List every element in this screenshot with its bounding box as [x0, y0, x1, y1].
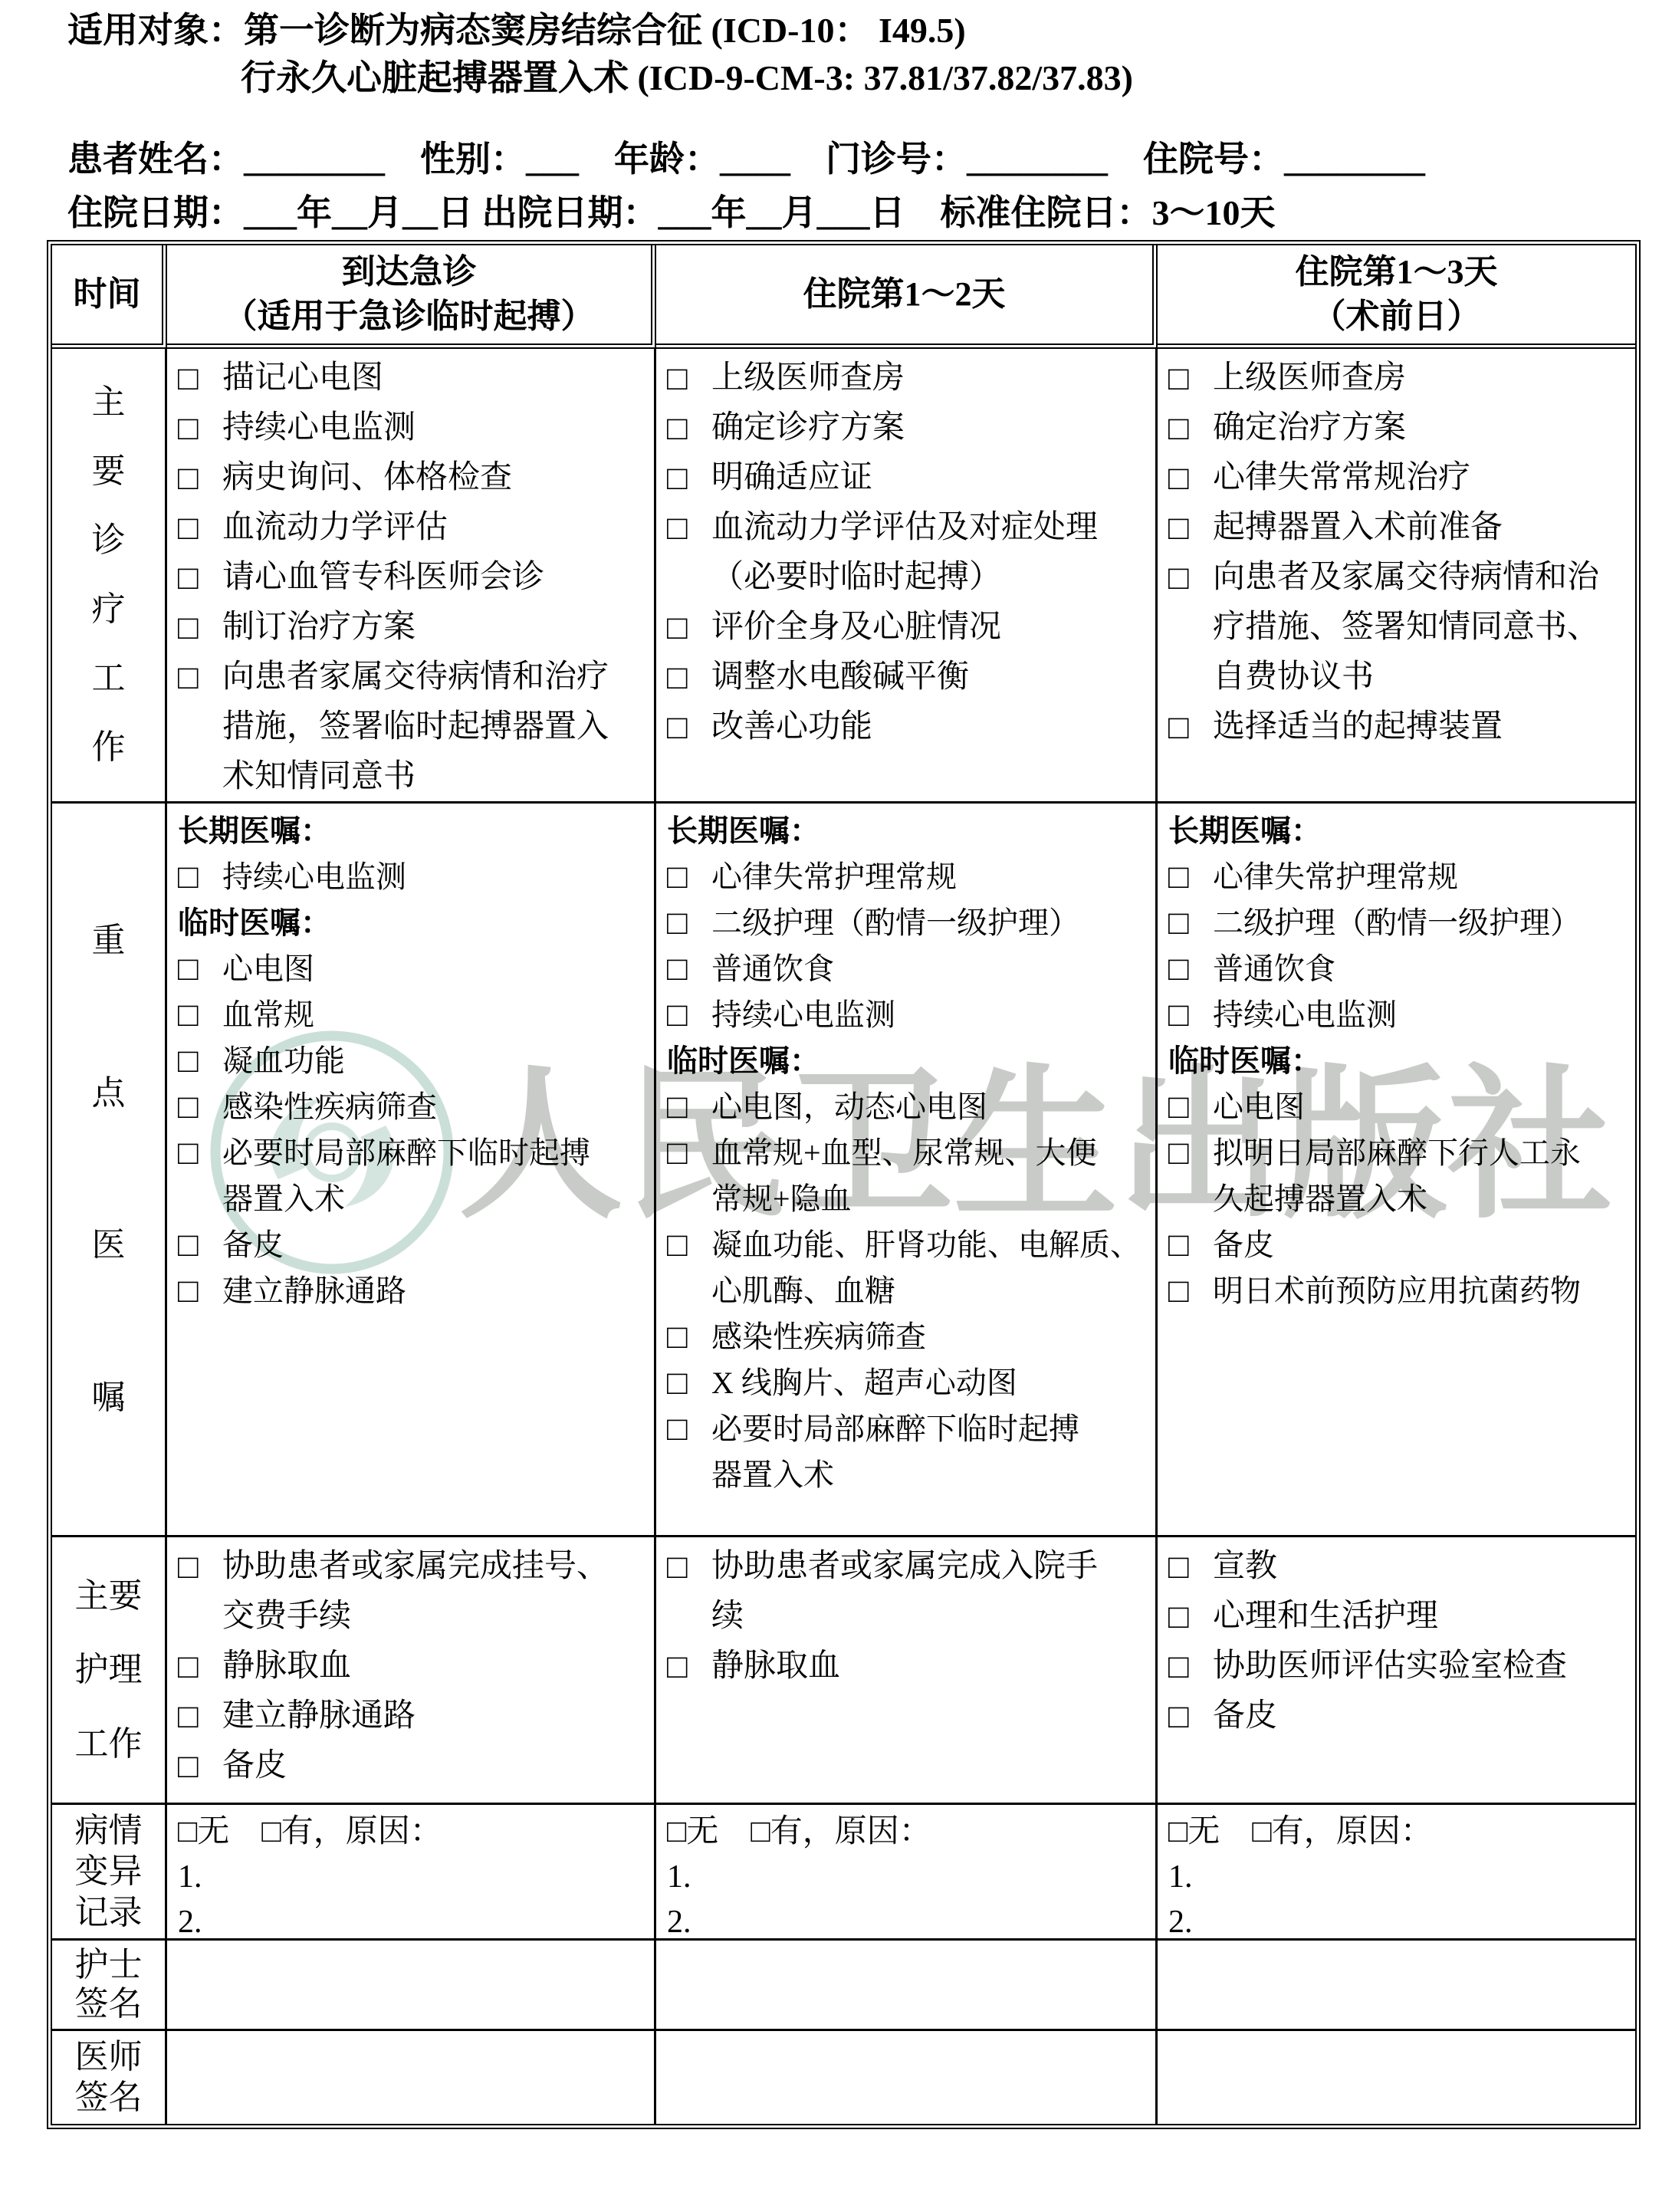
checklist-item: □感染性疾病筛查	[667, 1314, 1149, 1360]
checklist-item: □选择适当的起搏装置	[1168, 702, 1629, 752]
checklist-item: □备皮	[178, 1222, 648, 1268]
row-label-diagnosis-work: 主要诊疗工作	[52, 349, 167, 804]
procedure-line: 行永久心脏起搏器置入术 (ICD-9-CM-3: 37.81/37.82/37.…	[241, 58, 1133, 98]
checkbox-icon: □	[178, 1741, 222, 1791]
checkbox-icon: □	[178, 603, 222, 652]
checklist-item-text: 持续心电监测	[711, 992, 895, 1038]
checkbox-icon: □	[178, 353, 222, 403]
checklist-item: □确定诊疗方案	[667, 403, 1149, 453]
checklist-item-text: X 线胸片、超声心动图	[711, 1360, 1017, 1406]
checkbox-icon: □	[667, 1360, 711, 1406]
cell-nursing-day1-3: □宣教□心理和生活护理□协助医师评估实验室检查□备皮	[1158, 1537, 1635, 1805]
checklist-item-text: 上级医师查房	[711, 353, 905, 403]
checklist-item-text: 心律失常常规治疗	[1213, 453, 1470, 503]
checkbox-icon: □	[667, 900, 711, 946]
checkbox-icon: □	[667, 992, 711, 1038]
checklist-item: □向患者家属交待病情和治疗 措施，签署临时起搏器置入 术知情同意书	[178, 652, 648, 802]
checklist-item: □建立静脉通路	[178, 1691, 648, 1741]
cell-variation-day1-3: □无 □有，原因：1.2.	[1158, 1805, 1635, 1941]
checklist-item-text: 心电图	[222, 946, 314, 992]
checkbox-icon: □	[1168, 1130, 1213, 1176]
checklist-item: □持续心电监测	[667, 992, 1149, 1038]
text-line: 1.	[667, 1855, 1149, 1900]
checklist-item-text: 心理和生活护理	[1213, 1592, 1438, 1642]
checklist-item-text: 血常规+血型、尿常规、大便 常规+隐血	[711, 1130, 1097, 1222]
row-label-line: 嘱	[92, 1379, 126, 1416]
row-label-line: 护理	[75, 1652, 143, 1688]
checkbox-icon: □	[667, 503, 711, 553]
checkbox-icon: □	[178, 403, 222, 453]
checklist-item-text: 静脉取血	[222, 1642, 351, 1691]
cell-diagnosis-emergency: □描记心电图□持续心电监测□病史询问、体格检查□血流动力学评估□请心血管专科医师…	[167, 349, 656, 804]
text-line: 2.	[667, 1900, 1149, 1941]
applicable-subject-line: 适用对象：第一诊断为病态窦房结综合征 (ICD-10： I49.5)	[67, 11, 966, 51]
cell-orders-day1-3: 长期医嘱：□心律失常护理常规□二级护理（酌情一级护理）□普通饮食□持续心电监测临…	[1158, 804, 1635, 1537]
checkbox-icon: □	[1168, 854, 1213, 900]
checklist-item-text: 二级护理（酌情一级护理）	[1213, 900, 1581, 946]
checklist-item-text: 明确适应证	[711, 453, 872, 503]
text-line: 2.	[1168, 1900, 1629, 1941]
checklist-item: □持续心电监测	[178, 854, 648, 900]
checkbox-icon: □	[1168, 453, 1213, 503]
checklist-item: □凝血功能	[178, 1038, 648, 1084]
checklist-item: □备皮	[178, 1741, 648, 1791]
row-label-line: 点	[92, 1075, 126, 1112]
checklist-item-text: 备皮	[222, 1222, 284, 1268]
checklist-item: □心电图	[1168, 1084, 1629, 1130]
checklist-item-text: 评价全身及心脏情况	[711, 603, 1001, 652]
checklist-item-text: 制订治疗方案	[222, 603, 416, 652]
checklist-item-text: 明日术前预防应用抗菌药物	[1213, 1268, 1581, 1314]
checklist-item: □制订治疗方案	[178, 603, 648, 652]
checklist-item-text: 凝血功能、肝肾功能、电解质、 心肌酶、血糖	[711, 1222, 1141, 1314]
row-label-line: 疗	[92, 591, 126, 628]
row-label-nursing-work: 主要护理工作	[52, 1537, 167, 1805]
checklist-item-text: 普通饮食	[711, 946, 834, 992]
text-line: 1.	[178, 1855, 648, 1900]
checklist-item: □心律失常常规治疗	[1168, 453, 1629, 503]
checklist-item-text: 感染性疾病筛查	[711, 1314, 926, 1360]
checkbox-icon: □	[1168, 1222, 1213, 1268]
cell-nursing-day1-2: □协助患者或家属完成入院手 续□静脉取血	[656, 1537, 1158, 1805]
checklist-item-text: 血流动力学评估及对症处理 （必要时临时起搏）	[711, 503, 1098, 603]
checkbox-icon: □	[1168, 1642, 1213, 1691]
hospital-date-line: 住院日期：___年__月__日 出院日期：___年__月___日 标准住院日：3…	[67, 193, 1276, 233]
orders-heading: 临时医嘱：	[1168, 1038, 1629, 1084]
checkbox-icon: □	[178, 1542, 222, 1592]
checkbox-icon: □	[667, 1542, 711, 1592]
cell-nurse-signature-day1-2	[656, 1941, 1158, 2031]
checkbox-icon: □	[178, 1691, 222, 1741]
checkbox-icon: □	[178, 992, 222, 1038]
row-label-line: 工作	[75, 1726, 143, 1763]
orders-heading: 长期医嘱：	[1168, 808, 1629, 854]
row-label-line: 病情	[75, 1813, 143, 1849]
checklist-item: □普通饮食	[667, 946, 1149, 992]
checklist-item: □起搏器置入术前准备	[1168, 503, 1629, 553]
checkbox-icon: □	[178, 1038, 222, 1084]
text-line: 2.	[178, 1900, 648, 1941]
checklist-item-text: 心电图，动态心电图	[711, 1084, 987, 1130]
checklist-item: □心电图，动态心电图	[667, 1084, 1149, 1130]
cell-doctor-signature-day1-3	[1158, 2031, 1635, 2124]
checklist-item: □备皮	[1168, 1222, 1629, 1268]
checkbox-icon: □	[667, 403, 711, 453]
row-label-line: 主	[92, 384, 126, 421]
row-label-line: 变异	[75, 1853, 143, 1890]
checkbox-icon: □	[667, 652, 711, 702]
checklist-item-text: 协助患者或家属完成挂号、 交费手续	[222, 1542, 609, 1642]
checklist-item: □确定治疗方案	[1168, 403, 1629, 453]
checklist-item-text: 建立静脉通路	[222, 1268, 406, 1314]
checklist-item-text: 上级医师查房	[1213, 353, 1406, 403]
document-page: 人民卫生出版社 适用对象：第一诊断为病态窦房结综合征 (ICD-10： I49.…	[0, 0, 1672, 2212]
checklist-item-text: 备皮	[1213, 1691, 1277, 1741]
checkbox-icon: □	[178, 652, 222, 702]
checklist-item: □静脉取血	[667, 1642, 1149, 1691]
cell-orders-emergency: 长期医嘱：□持续心电监测临时医嘱：□心电图□血常规□凝血功能□感染性疾病筛查□必…	[167, 804, 656, 1537]
checklist-item-text: 拟明日局部麻醉下行人工永 久起搏器置入术	[1213, 1130, 1581, 1222]
checklist-item-text: 调整水电酸碱平衡	[711, 652, 969, 702]
checklist-item-text: 协助医师评估实验室检查	[1213, 1642, 1567, 1691]
checkbox-icon: □	[667, 1130, 711, 1176]
orders-heading: 长期医嘱：	[667, 808, 1149, 854]
checklist-item-text: 必要时局部麻醉下临时起搏 器置入术	[222, 1130, 590, 1222]
checkbox-icon: □	[1168, 503, 1213, 553]
checklist-item: □协助医师评估实验室检查	[1168, 1642, 1629, 1691]
checkbox-icon: □	[1168, 1542, 1213, 1592]
checklist-item-text: 向患者及家属交待病情和治 疗措施、签署知情同意书、 自费协议书	[1213, 553, 1599, 702]
row-label-line: 医师	[75, 2039, 143, 2076]
checklist-item: □心电图	[178, 946, 648, 992]
checklist-item: □描记心电图	[178, 353, 648, 403]
checklist-item: □血流动力学评估	[178, 503, 648, 553]
checklist-item: □协助患者或家属完成入院手 续	[667, 1542, 1149, 1642]
checklist-item-text: 心电图	[1213, 1084, 1305, 1130]
orders-heading: 临时医嘱：	[667, 1038, 1149, 1084]
cell-orders-day1-2: 长期医嘱：□心律失常护理常规□二级护理（酌情一级护理）□普通饮食□持续心电监测临…	[656, 804, 1158, 1537]
checklist-item: □必要时局部麻醉下临时起搏 器置入术	[667, 1406, 1149, 1498]
checklist-item-text: 协助患者或家属完成入院手 续	[711, 1542, 1098, 1642]
checkbox-icon: □	[1168, 1268, 1213, 1314]
checklist-item: □普通饮食	[1168, 946, 1629, 992]
checklist-item: □心律失常护理常规	[667, 854, 1149, 900]
checklist-item: □必要时局部麻醉下临时起搏 器置入术	[178, 1130, 648, 1222]
checklist-item-text: 备皮	[222, 1741, 287, 1791]
row-label-line: 诊	[92, 522, 126, 559]
checklist-item-text: 必要时局部麻醉下临时起搏 器置入术	[711, 1406, 1079, 1498]
checkbox-icon: □	[178, 503, 222, 553]
checklist-item-text: 起搏器置入术前准备	[1213, 503, 1503, 553]
checkbox-icon: □	[1168, 992, 1213, 1038]
checkbox-icon: □	[1168, 900, 1213, 946]
checklist-item: □病史询问、体格检查	[178, 453, 648, 503]
checklist-item: □拟明日局部麻醉下行人工永 久起搏器置入术	[1168, 1130, 1629, 1222]
checkbox-icon: □	[667, 603, 711, 652]
row-label-line: 医	[92, 1227, 126, 1264]
checkbox-icon: □	[1168, 702, 1213, 752]
checkbox-icon: □	[667, 1642, 711, 1691]
checklist-item: □静脉取血	[178, 1642, 648, 1691]
checkbox-icon: □	[667, 702, 711, 752]
checklist-item: □持续心电监测	[178, 403, 648, 453]
text-line: 1.	[1168, 1855, 1629, 1900]
row-label-nurse-signature: 护士签名	[52, 1941, 167, 2031]
text-line: □无 □有，原因：	[178, 1809, 648, 1855]
checkbox-icon: □	[667, 1406, 711, 1452]
checklist-item-text: 病史询问、体格检查	[222, 453, 512, 503]
orders-heading: 临时医嘱：	[178, 900, 648, 946]
checkbox-icon: □	[1168, 1691, 1213, 1741]
row-label-line: 签名	[75, 2079, 143, 2116]
row-label-line: 护士	[75, 1947, 143, 1984]
checklist-item: □明确适应证	[667, 453, 1149, 503]
checklist-item-text: 持续心电监测	[1213, 992, 1397, 1038]
checklist-item-text: 持续心电监测	[222, 403, 416, 453]
checklist-item-text: 普通饮食	[1213, 946, 1335, 992]
row-label-variation-record: 病情变异记录	[52, 1805, 167, 1941]
cell-doctor-signature-day1-2	[656, 2031, 1158, 2124]
checkbox-icon: □	[1168, 1084, 1213, 1130]
checklist-item: □明日术前预防应用抗菌药物	[1168, 1268, 1629, 1314]
checklist-item-text: 确定诊疗方案	[711, 403, 905, 453]
row-label-line: 要	[92, 453, 126, 490]
col-header-day1-3: 住院第1～3天 （术前日）	[1158, 245, 1635, 349]
checklist-item: □二级护理（酌情一级护理）	[1168, 900, 1629, 946]
row-label-doctor-signature: 医师签名	[52, 2031, 167, 2124]
cell-variation-day1-2: □无 □有，原因：1.2.	[656, 1805, 1158, 1941]
checklist-item: □上级医师查房	[1168, 353, 1629, 403]
row-label-key-orders: 重点医嘱	[52, 804, 167, 1537]
checkbox-icon: □	[667, 854, 711, 900]
checkbox-icon: □	[178, 946, 222, 992]
checklist-item-text: 心律失常护理常规	[1213, 854, 1458, 900]
checklist-item: □请心血管专科医师会诊	[178, 553, 648, 603]
cell-doctor-signature-emergency	[167, 2031, 656, 2124]
col-header-day1-2: 住院第1～2天	[656, 245, 1158, 349]
row-label-line: 工	[92, 660, 126, 697]
col-header-time: 时间	[52, 245, 167, 349]
checklist-item: □X 线胸片、超声心动图	[667, 1360, 1149, 1406]
checklist-item-text: 心律失常护理常规	[711, 854, 957, 900]
checklist-item-text: 请心血管专科医师会诊	[222, 553, 544, 603]
checklist-item-text: 建立静脉通路	[222, 1691, 416, 1741]
row-label-line: 作	[92, 729, 126, 766]
checkbox-icon: □	[667, 946, 711, 992]
checklist-item-text: 血流动力学评估	[222, 503, 448, 553]
checklist-item-text: 静脉取血	[711, 1642, 840, 1691]
checklist-item: □感染性疾病筛查	[178, 1084, 648, 1130]
checklist-item: □持续心电监测	[1168, 992, 1629, 1038]
row-label-line: 重	[92, 922, 126, 959]
checkbox-icon: □	[667, 453, 711, 503]
checkbox-icon: □	[667, 353, 711, 403]
checklist-item: □上级医师查房	[667, 353, 1149, 403]
checkbox-icon: □	[667, 1314, 711, 1360]
checkbox-icon: □	[1168, 1592, 1213, 1642]
checklist-item-text: 宣教	[1213, 1542, 1277, 1592]
checklist-item: □血常规	[178, 992, 648, 1038]
checkbox-icon: □	[1168, 403, 1213, 453]
checklist-item: □调整水电酸碱平衡	[667, 652, 1149, 702]
checkbox-icon: □	[1168, 553, 1213, 603]
checkbox-icon: □	[178, 1642, 222, 1691]
checklist-item-text: 描记心电图	[222, 353, 383, 403]
row-label-line: 主要	[75, 1578, 143, 1615]
patient-info-line: 患者姓名：________ 性别：___ 年龄：____ 门诊号：_______…	[67, 140, 1425, 179]
checklist-item: □评价全身及心脏情况	[667, 603, 1149, 652]
checklist-item-text: 改善心功能	[711, 702, 872, 752]
checkbox-icon: □	[667, 1084, 711, 1130]
checklist-item: □心理和生活护理	[1168, 1592, 1629, 1642]
checklist-item-text: 持续心电监测	[222, 854, 406, 900]
checklist-item: □向患者及家属交待病情和治 疗措施、签署知情同意书、 自费协议书	[1168, 553, 1629, 702]
text-line: □无 □有，原因：	[667, 1809, 1149, 1855]
checklist-item: □血流动力学评估及对症处理 （必要时临时起搏）	[667, 503, 1149, 603]
checkbox-icon: □	[178, 854, 222, 900]
cell-variation-emergency: □无 □有，原因：1.2.	[167, 1805, 656, 1941]
checklist-item-text: 感染性疾病筛查	[222, 1084, 437, 1130]
clinical-pathway-table: 时间 到达急诊 （适用于急诊临时起搏） 住院第1～2天 住院第1～3天 （术前日…	[47, 240, 1641, 2129]
text-line: □无 □有，原因：	[1168, 1809, 1629, 1855]
checklist-item: □备皮	[1168, 1691, 1629, 1741]
checklist-item: □建立静脉通路	[178, 1268, 648, 1314]
checklist-item-text: 选择适当的起搏装置	[1213, 702, 1503, 752]
checklist-item-text: 二级护理（酌情一级护理）	[711, 900, 1079, 946]
checkbox-icon: □	[667, 1222, 711, 1268]
checklist-item-text: 凝血功能	[222, 1038, 345, 1084]
checklist-item-text: 向患者家属交待病情和治疗 措施，签署临时起搏器置入 术知情同意书	[222, 652, 609, 802]
row-label-line: 签名	[75, 1986, 143, 2023]
orders-heading: 长期医嘱：	[178, 808, 648, 854]
checklist-item: □心律失常护理常规	[1168, 854, 1629, 900]
cell-nurse-signature-day1-3	[1158, 1941, 1635, 2031]
checkbox-icon: □	[1168, 353, 1213, 403]
col-header-emergency: 到达急诊 （适用于急诊临时起搏）	[167, 245, 656, 349]
checkbox-icon: □	[178, 1084, 222, 1130]
checkbox-icon: □	[178, 453, 222, 503]
checklist-item-text: 血常规	[222, 992, 314, 1038]
checkbox-icon: □	[178, 1130, 222, 1176]
checkbox-icon: □	[1168, 946, 1213, 992]
checklist-item-text: 确定治疗方案	[1213, 403, 1406, 453]
cell-nurse-signature-emergency	[167, 1941, 656, 2031]
row-label-line: 记录	[75, 1895, 143, 1931]
checklist-item: □血常规+血型、尿常规、大便 常规+隐血	[667, 1130, 1149, 1222]
checkbox-icon: □	[178, 1222, 222, 1268]
cell-nursing-emergency: □协助患者或家属完成挂号、 交费手续□静脉取血□建立静脉通路□备皮	[167, 1537, 656, 1805]
checklist-item: □二级护理（酌情一级护理）	[667, 900, 1149, 946]
cell-diagnosis-day1-2: □上级医师查房□确定诊疗方案□明确适应证□血流动力学评估及对症处理 （必要时临时…	[656, 349, 1158, 804]
cell-diagnosis-day1-3: □上级医师查房□确定治疗方案□心律失常常规治疗□起搏器置入术前准备□向患者及家属…	[1158, 349, 1635, 804]
checklist-item-text: 备皮	[1213, 1222, 1274, 1268]
checklist-item: □宣教	[1168, 1542, 1629, 1592]
checklist-item: □改善心功能	[667, 702, 1149, 752]
checkbox-icon: □	[178, 1268, 222, 1314]
checkbox-icon: □	[178, 553, 222, 603]
checklist-item: □凝血功能、肝肾功能、电解质、 心肌酶、血糖	[667, 1222, 1149, 1314]
checklist-item: □协助患者或家属完成挂号、 交费手续	[178, 1542, 648, 1642]
